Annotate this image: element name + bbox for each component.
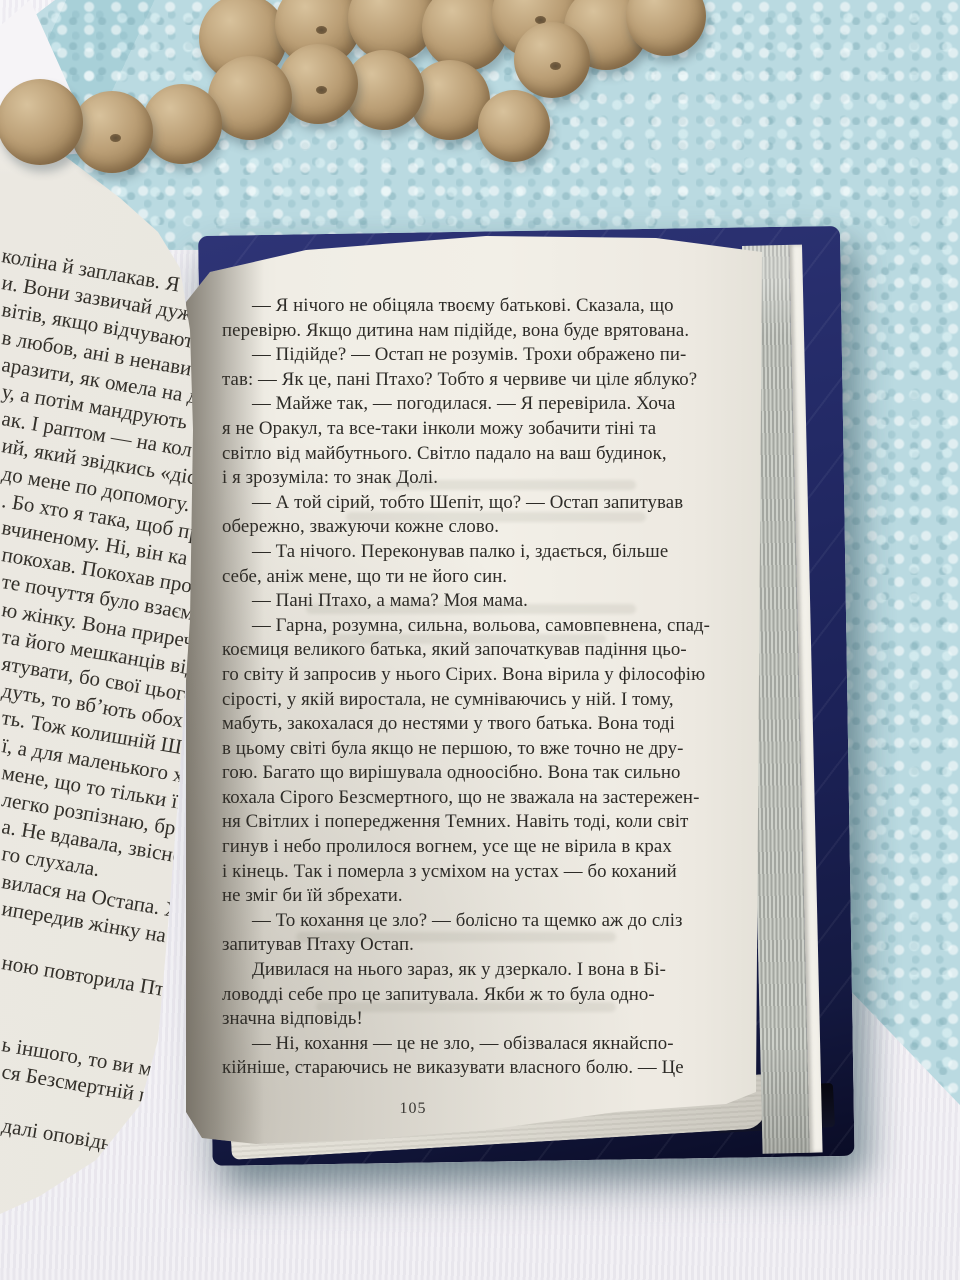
wooden-bead xyxy=(71,91,153,173)
paragraph: — Я нічого не обіцяла твоєму батькові. С… xyxy=(222,294,680,343)
paragraph: — Пані Птахо, а мама? Моя мама. xyxy=(222,589,680,614)
paragraph: — То кохання це зло? — болісно та щемко … xyxy=(222,909,680,958)
photo-scene: — Я нічого не обіцяла твоєму батькові. С… xyxy=(0,0,960,1280)
paragraph: — А той сірий, тобто Шепіт, що? — Остап … xyxy=(222,491,680,540)
wooden-bead xyxy=(514,22,590,98)
paragraph: — Гарна, розумна, сильна, вольова, самов… xyxy=(222,614,680,909)
paragraph: — Та нічого. Переконував палко і, здаєть… xyxy=(222,540,680,589)
wooden-bead xyxy=(278,44,358,124)
gutter-shadow xyxy=(186,232,264,1154)
wooden-bead xyxy=(0,79,83,165)
wooden-bead xyxy=(478,90,550,162)
page-text-block: — Я нічого не обіцяла твоєму батькові. С… xyxy=(222,294,680,1081)
right-book-page: — Я нічого не обіцяла твоєму батькові. С… xyxy=(186,232,762,1154)
paragraph: — Підійде? — Остап не розумів. Трохи обр… xyxy=(222,343,680,392)
paragraph: Дивилася на нього зараз, як у дзеркало. … xyxy=(222,958,680,1032)
wooden-bead xyxy=(142,84,222,164)
paragraph: — Майже так, — погодилася. — Я перевірил… xyxy=(222,392,680,490)
paragraph: — Ні, кохання — це не зло, — обізвалася … xyxy=(222,1032,680,1081)
